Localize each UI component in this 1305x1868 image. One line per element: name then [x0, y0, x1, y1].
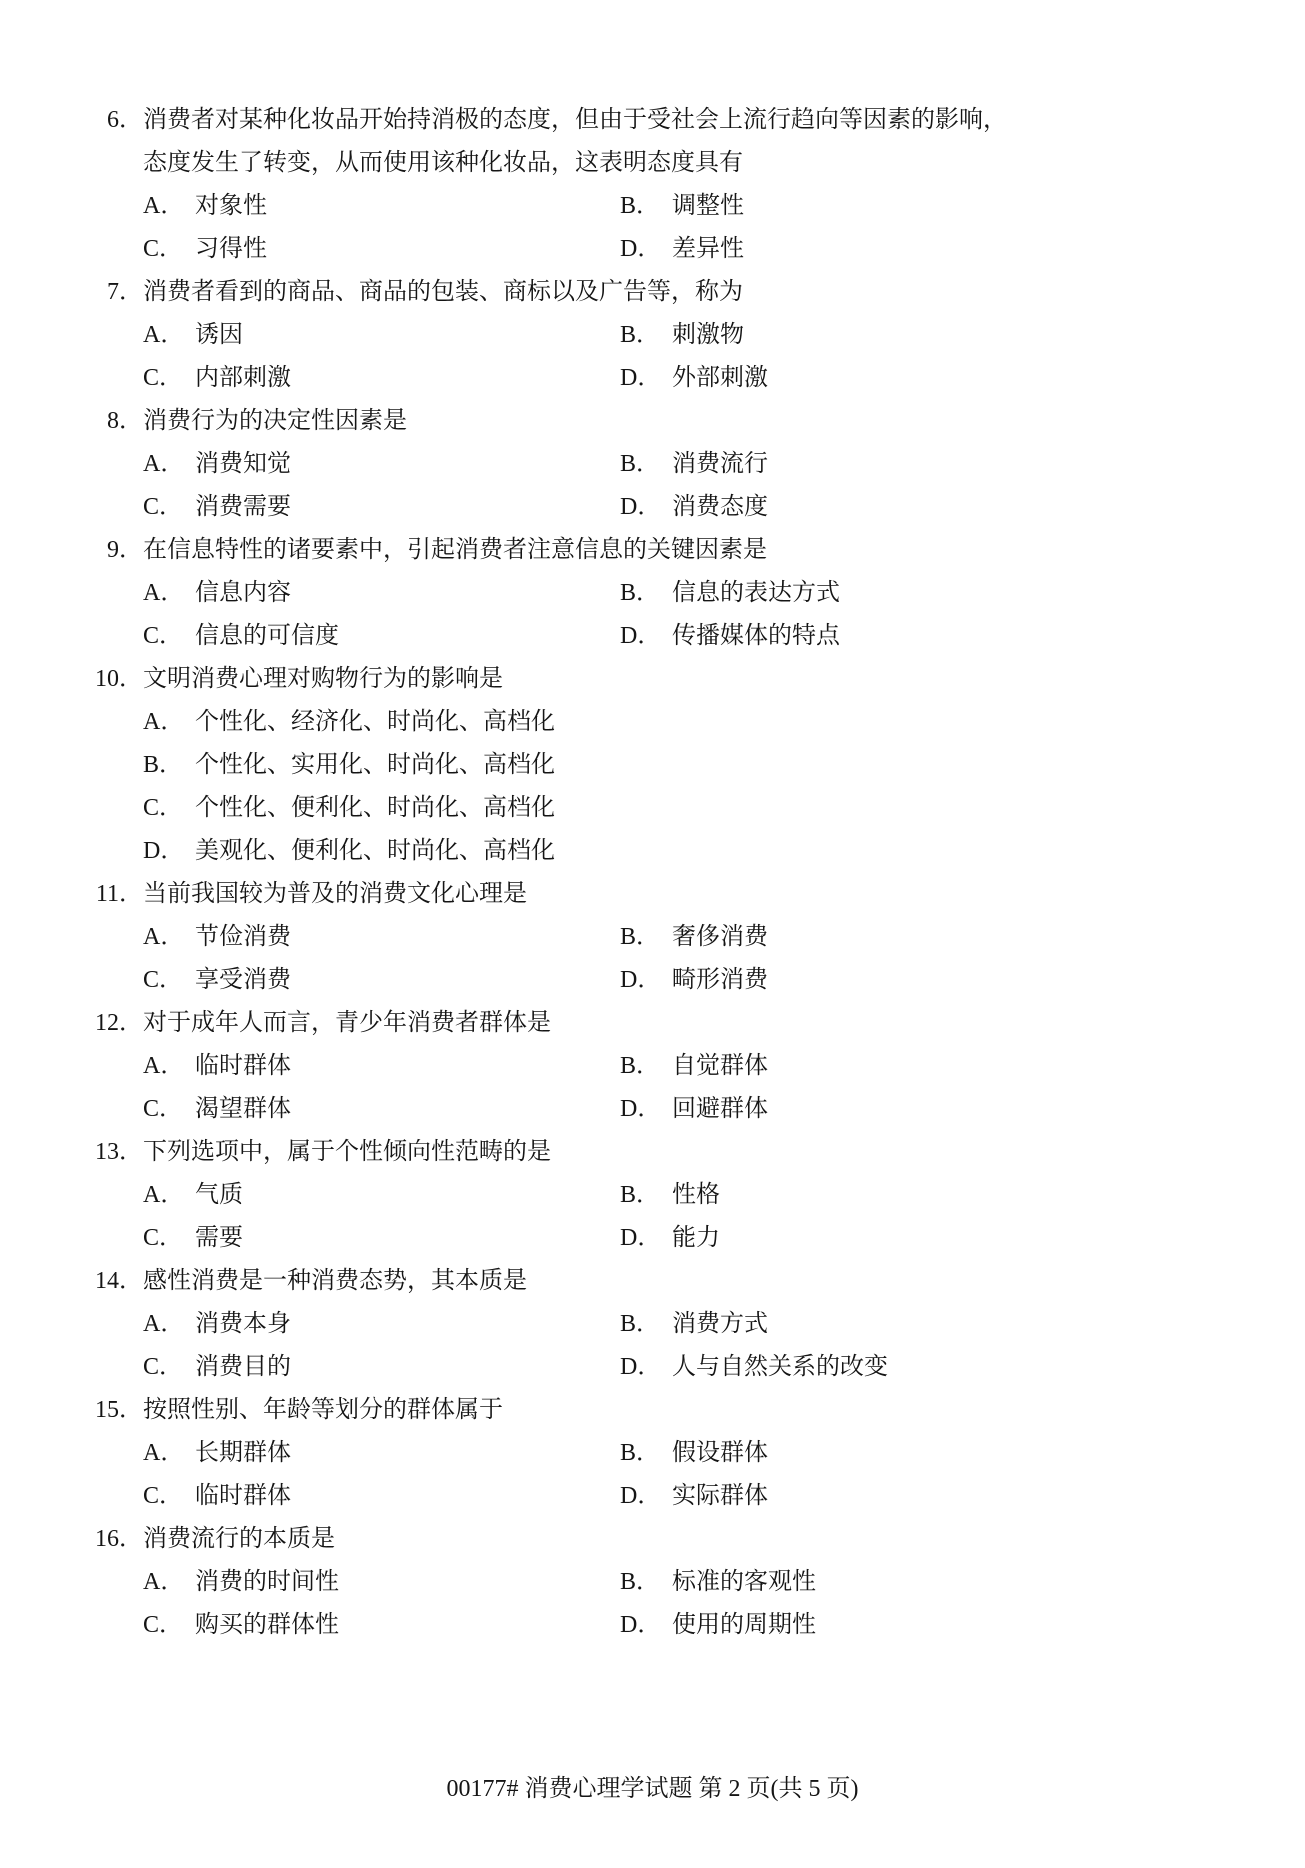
- option-b: B．标准的客观性: [620, 1561, 1013, 1604]
- option-letter: C．: [143, 1604, 195, 1647]
- option-d: D．传播媒体的特点: [620, 615, 1013, 658]
- question-number: 7．: [90, 271, 143, 314]
- option-text: 内部刺激: [195, 357, 620, 400]
- question-16: 16． 消费流行的本质是 A．消费的时间性 B．标准的客观性 C．购买的群体性 …: [90, 1518, 1013, 1647]
- option-letter: B．: [620, 1045, 672, 1088]
- question-text: 消费者看到的商品、商品的包装、商标以及广告等，称为: [143, 271, 1013, 314]
- option-text: 奢侈消费: [672, 916, 1013, 959]
- option-text: 标准的客观性: [672, 1561, 1013, 1604]
- option-letter: C．: [143, 1346, 195, 1389]
- option-b: B．自觉群体: [620, 1045, 1013, 1088]
- option-text: 渴望群体: [195, 1088, 620, 1131]
- option-text: 实际群体: [672, 1475, 1013, 1518]
- option-d: D．消费态度: [620, 486, 1013, 529]
- option-letter: D．: [620, 1346, 672, 1389]
- option-b: B．刺激物: [620, 314, 1013, 357]
- option-text: 人与自然关系的改变: [672, 1346, 1013, 1389]
- option-a: A．节俭消费: [143, 916, 620, 959]
- option-d: D．差异性: [620, 228, 1013, 271]
- option-text: 回避群体: [672, 1088, 1013, 1131]
- option-a: A．消费本身: [143, 1303, 620, 1346]
- option-text: 自觉群体: [672, 1045, 1013, 1088]
- question-12: 12． 对于成年人而言，青少年消费者群体是 A．临时群体 B．自觉群体 C．渴望…: [90, 1002, 1013, 1131]
- option-text: 消费态度: [672, 486, 1013, 529]
- option-a: A．诱因: [143, 314, 620, 357]
- option-text: 习得性: [195, 228, 620, 271]
- option-text: 临时群体: [195, 1045, 620, 1088]
- option-d: D．外部刺激: [620, 357, 1013, 400]
- option-letter: C．: [143, 959, 195, 1002]
- option-text: 性格: [672, 1174, 1013, 1217]
- question-text: 对于成年人而言，青少年消费者群体是: [143, 1002, 1013, 1045]
- option-text: 信息的表达方式: [672, 572, 1013, 615]
- option-b: B．消费流行: [620, 443, 1013, 486]
- option-text: 畸形消费: [672, 959, 1013, 1002]
- option-b: B．个性化、实用化、时尚化、高档化: [143, 744, 1013, 787]
- option-b: B．假设群体: [620, 1432, 1013, 1475]
- option-a: A．消费知觉: [143, 443, 620, 486]
- option-letter: A．: [143, 701, 195, 744]
- question-text: 文明消费心理对购物行为的影响是: [143, 658, 1013, 701]
- option-letter: C．: [143, 1088, 195, 1131]
- option-b: B．调整性: [620, 185, 1013, 228]
- option-c: C．购买的群体性: [143, 1604, 620, 1647]
- option-a: A．信息内容: [143, 572, 620, 615]
- option-d: D．能力: [620, 1217, 1013, 1260]
- option-text: 外部刺激: [672, 357, 1013, 400]
- option-text: 个性化、便利化、时尚化、高档化: [195, 787, 1013, 830]
- option-d: D．使用的周期性: [620, 1604, 1013, 1647]
- option-text: 信息内容: [195, 572, 620, 615]
- question-text: 感性消费是一种消费态势，其本质是: [143, 1260, 1013, 1303]
- option-letter: A．: [143, 1174, 195, 1217]
- question-14: 14． 感性消费是一种消费态势，其本质是 A．消费本身 B．消费方式 C．消费目…: [90, 1260, 1013, 1389]
- option-d: D．人与自然关系的改变: [620, 1346, 1013, 1389]
- question-11: 11． 当前我国较为普及的消费文化心理是 A．节俭消费 B．奢侈消费 C．享受消…: [90, 873, 1013, 1002]
- option-text: 消费的时间性: [195, 1561, 620, 1604]
- option-text: 美观化、便利化、时尚化、高档化: [195, 830, 1013, 873]
- question-list: 6． 消费者对某种化妆品开始持消极的态度，但由于受社会上流行趋向等因素的影响，态…: [90, 99, 1013, 1647]
- option-b: B．性格: [620, 1174, 1013, 1217]
- option-letter: B．: [620, 1432, 672, 1475]
- option-a: A．对象性: [143, 185, 620, 228]
- question-number: 16．: [90, 1518, 143, 1561]
- question-text: 消费者对某种化妆品开始持消极的态度，但由于受社会上流行趋向等因素的影响，态度发生…: [143, 99, 1013, 185]
- question-number: 6．: [90, 99, 143, 185]
- option-letter: D．: [620, 1088, 672, 1131]
- question-6: 6． 消费者对某种化妆品开始持消极的态度，但由于受社会上流行趋向等因素的影响，态…: [90, 99, 1013, 271]
- question-8: 8． 消费行为的决定性因素是 A．消费知觉 B．消费流行 C．消费需要 D．消费…: [90, 400, 1013, 529]
- option-text: 差异性: [672, 228, 1013, 271]
- question-text: 消费行为的决定性因素是: [143, 400, 1013, 443]
- option-c: C．临时群体: [143, 1475, 620, 1518]
- option-a: A．临时群体: [143, 1045, 620, 1088]
- option-letter: D．: [620, 357, 672, 400]
- option-text: 临时群体: [195, 1475, 620, 1518]
- option-b: B．消费方式: [620, 1303, 1013, 1346]
- option-text: 消费本身: [195, 1303, 620, 1346]
- option-letter: A．: [143, 1303, 195, 1346]
- option-letter: B．: [620, 1174, 672, 1217]
- question-text: 消费流行的本质是: [143, 1518, 1013, 1561]
- option-letter: A．: [143, 1432, 195, 1475]
- option-letter: B．: [620, 314, 672, 357]
- option-letter: C．: [143, 787, 195, 830]
- option-letter: A．: [143, 314, 195, 357]
- option-text: 需要: [195, 1217, 620, 1260]
- option-d: D．美观化、便利化、时尚化、高档化: [143, 830, 1013, 873]
- option-d: D．实际群体: [620, 1475, 1013, 1518]
- option-text: 气质: [195, 1174, 620, 1217]
- question-number: 9．: [90, 529, 143, 572]
- option-letter: C．: [143, 357, 195, 400]
- option-letter: D．: [620, 1604, 672, 1647]
- option-letter: D．: [620, 1217, 672, 1260]
- question-text: 当前我国较为普及的消费文化心理是: [143, 873, 1013, 916]
- option-c: C．个性化、便利化、时尚化、高档化: [143, 787, 1013, 830]
- option-letter: C．: [143, 486, 195, 529]
- question-10: 10． 文明消费心理对购物行为的影响是 A．个性化、经济化、时尚化、高档化 B．…: [90, 658, 1013, 873]
- option-text: 消费目的: [195, 1346, 620, 1389]
- option-text: 个性化、实用化、时尚化、高档化: [195, 744, 1013, 787]
- option-letter: D．: [620, 959, 672, 1002]
- question-number: 15．: [90, 1389, 143, 1432]
- option-letter: D．: [620, 486, 672, 529]
- option-letter: B．: [620, 443, 672, 486]
- option-letter: D．: [143, 830, 195, 873]
- option-text: 使用的周期性: [672, 1604, 1013, 1647]
- option-text: 假设群体: [672, 1432, 1013, 1475]
- option-a: A．长期群体: [143, 1432, 620, 1475]
- option-c: C．需要: [143, 1217, 620, 1260]
- option-text: 消费方式: [672, 1303, 1013, 1346]
- question-text: 在信息特性的诸要素中，引起消费者注意信息的关键因素是: [143, 529, 1013, 572]
- option-text: 消费知觉: [195, 443, 620, 486]
- option-text: 购买的群体性: [195, 1604, 620, 1647]
- question-number: 10．: [90, 658, 143, 701]
- question-number: 14．: [90, 1260, 143, 1303]
- question-number: 13．: [90, 1131, 143, 1174]
- question-13: 13． 下列选项中，属于个性倾向性范畴的是 A．气质 B．性格 C．需要 D．能…: [90, 1131, 1013, 1260]
- option-letter: C．: [143, 1475, 195, 1518]
- question-number: 11．: [90, 873, 143, 916]
- option-text: 信息的可信度: [195, 615, 620, 658]
- option-letter: C．: [143, 228, 195, 271]
- page-footer: 00177# 消费心理学试题 第 2 页(共 5 页): [0, 1768, 1305, 1811]
- option-a: A．气质: [143, 1174, 620, 1217]
- option-c: C．享受消费: [143, 959, 620, 1002]
- option-text: 长期群体: [195, 1432, 620, 1475]
- option-text: 个性化、经济化、时尚化、高档化: [195, 701, 1013, 744]
- question-15: 15． 按照性别、年龄等划分的群体属于 A．长期群体 B．假设群体 C．临时群体…: [90, 1389, 1013, 1518]
- option-c: C．习得性: [143, 228, 620, 271]
- option-letter: D．: [620, 228, 672, 271]
- option-letter: B．: [143, 744, 195, 787]
- question-7: 7． 消费者看到的商品、商品的包装、商标以及广告等，称为 A．诱因 B．刺激物 …: [90, 271, 1013, 400]
- option-a: A．消费的时间性: [143, 1561, 620, 1604]
- option-text: 享受消费: [195, 959, 620, 1002]
- option-text: 诱因: [195, 314, 620, 357]
- exam-page: 6． 消费者对某种化妆品开始持消极的态度，但由于受社会上流行趋向等因素的影响，态…: [0, 0, 1305, 1868]
- option-letter: A．: [143, 185, 195, 228]
- option-letter: B．: [620, 572, 672, 615]
- option-b: B．奢侈消费: [620, 916, 1013, 959]
- option-d: D．畸形消费: [620, 959, 1013, 1002]
- option-letter: A．: [143, 1045, 195, 1088]
- question-text: 下列选项中，属于个性倾向性范畴的是: [143, 1131, 1013, 1174]
- option-letter: A．: [143, 443, 195, 486]
- option-letter: D．: [620, 1475, 672, 1518]
- option-d: D．回避群体: [620, 1088, 1013, 1131]
- question-9: 9． 在信息特性的诸要素中，引起消费者注意信息的关键因素是 A．信息内容 B．信…: [90, 529, 1013, 658]
- option-letter: A．: [143, 916, 195, 959]
- option-c: C．消费目的: [143, 1346, 620, 1389]
- option-c: C．消费需要: [143, 486, 620, 529]
- option-a: A．个性化、经济化、时尚化、高档化: [143, 701, 1013, 744]
- option-letter: A．: [143, 1561, 195, 1604]
- option-letter: B．: [620, 185, 672, 228]
- option-text: 能力: [672, 1217, 1013, 1260]
- option-c: C．内部刺激: [143, 357, 620, 400]
- option-letter: A．: [143, 572, 195, 615]
- question-number: 12．: [90, 1002, 143, 1045]
- option-text: 节俭消费: [195, 916, 620, 959]
- option-c: C．信息的可信度: [143, 615, 620, 658]
- option-text: 传播媒体的特点: [672, 615, 1013, 658]
- option-letter: C．: [143, 1217, 195, 1260]
- option-letter: C．: [143, 615, 195, 658]
- option-letter: D．: [620, 615, 672, 658]
- option-text: 调整性: [672, 185, 1013, 228]
- question-text: 按照性别、年龄等划分的群体属于: [143, 1389, 1013, 1432]
- option-text: 消费流行: [672, 443, 1013, 486]
- option-text: 对象性: [195, 185, 620, 228]
- option-letter: B．: [620, 916, 672, 959]
- question-number: 8．: [90, 400, 143, 443]
- option-letter: B．: [620, 1561, 672, 1604]
- option-text: 刺激物: [672, 314, 1013, 357]
- option-c: C．渴望群体: [143, 1088, 620, 1131]
- option-b: B．信息的表达方式: [620, 572, 1013, 615]
- option-text: 消费需要: [195, 486, 620, 529]
- option-letter: B．: [620, 1303, 672, 1346]
